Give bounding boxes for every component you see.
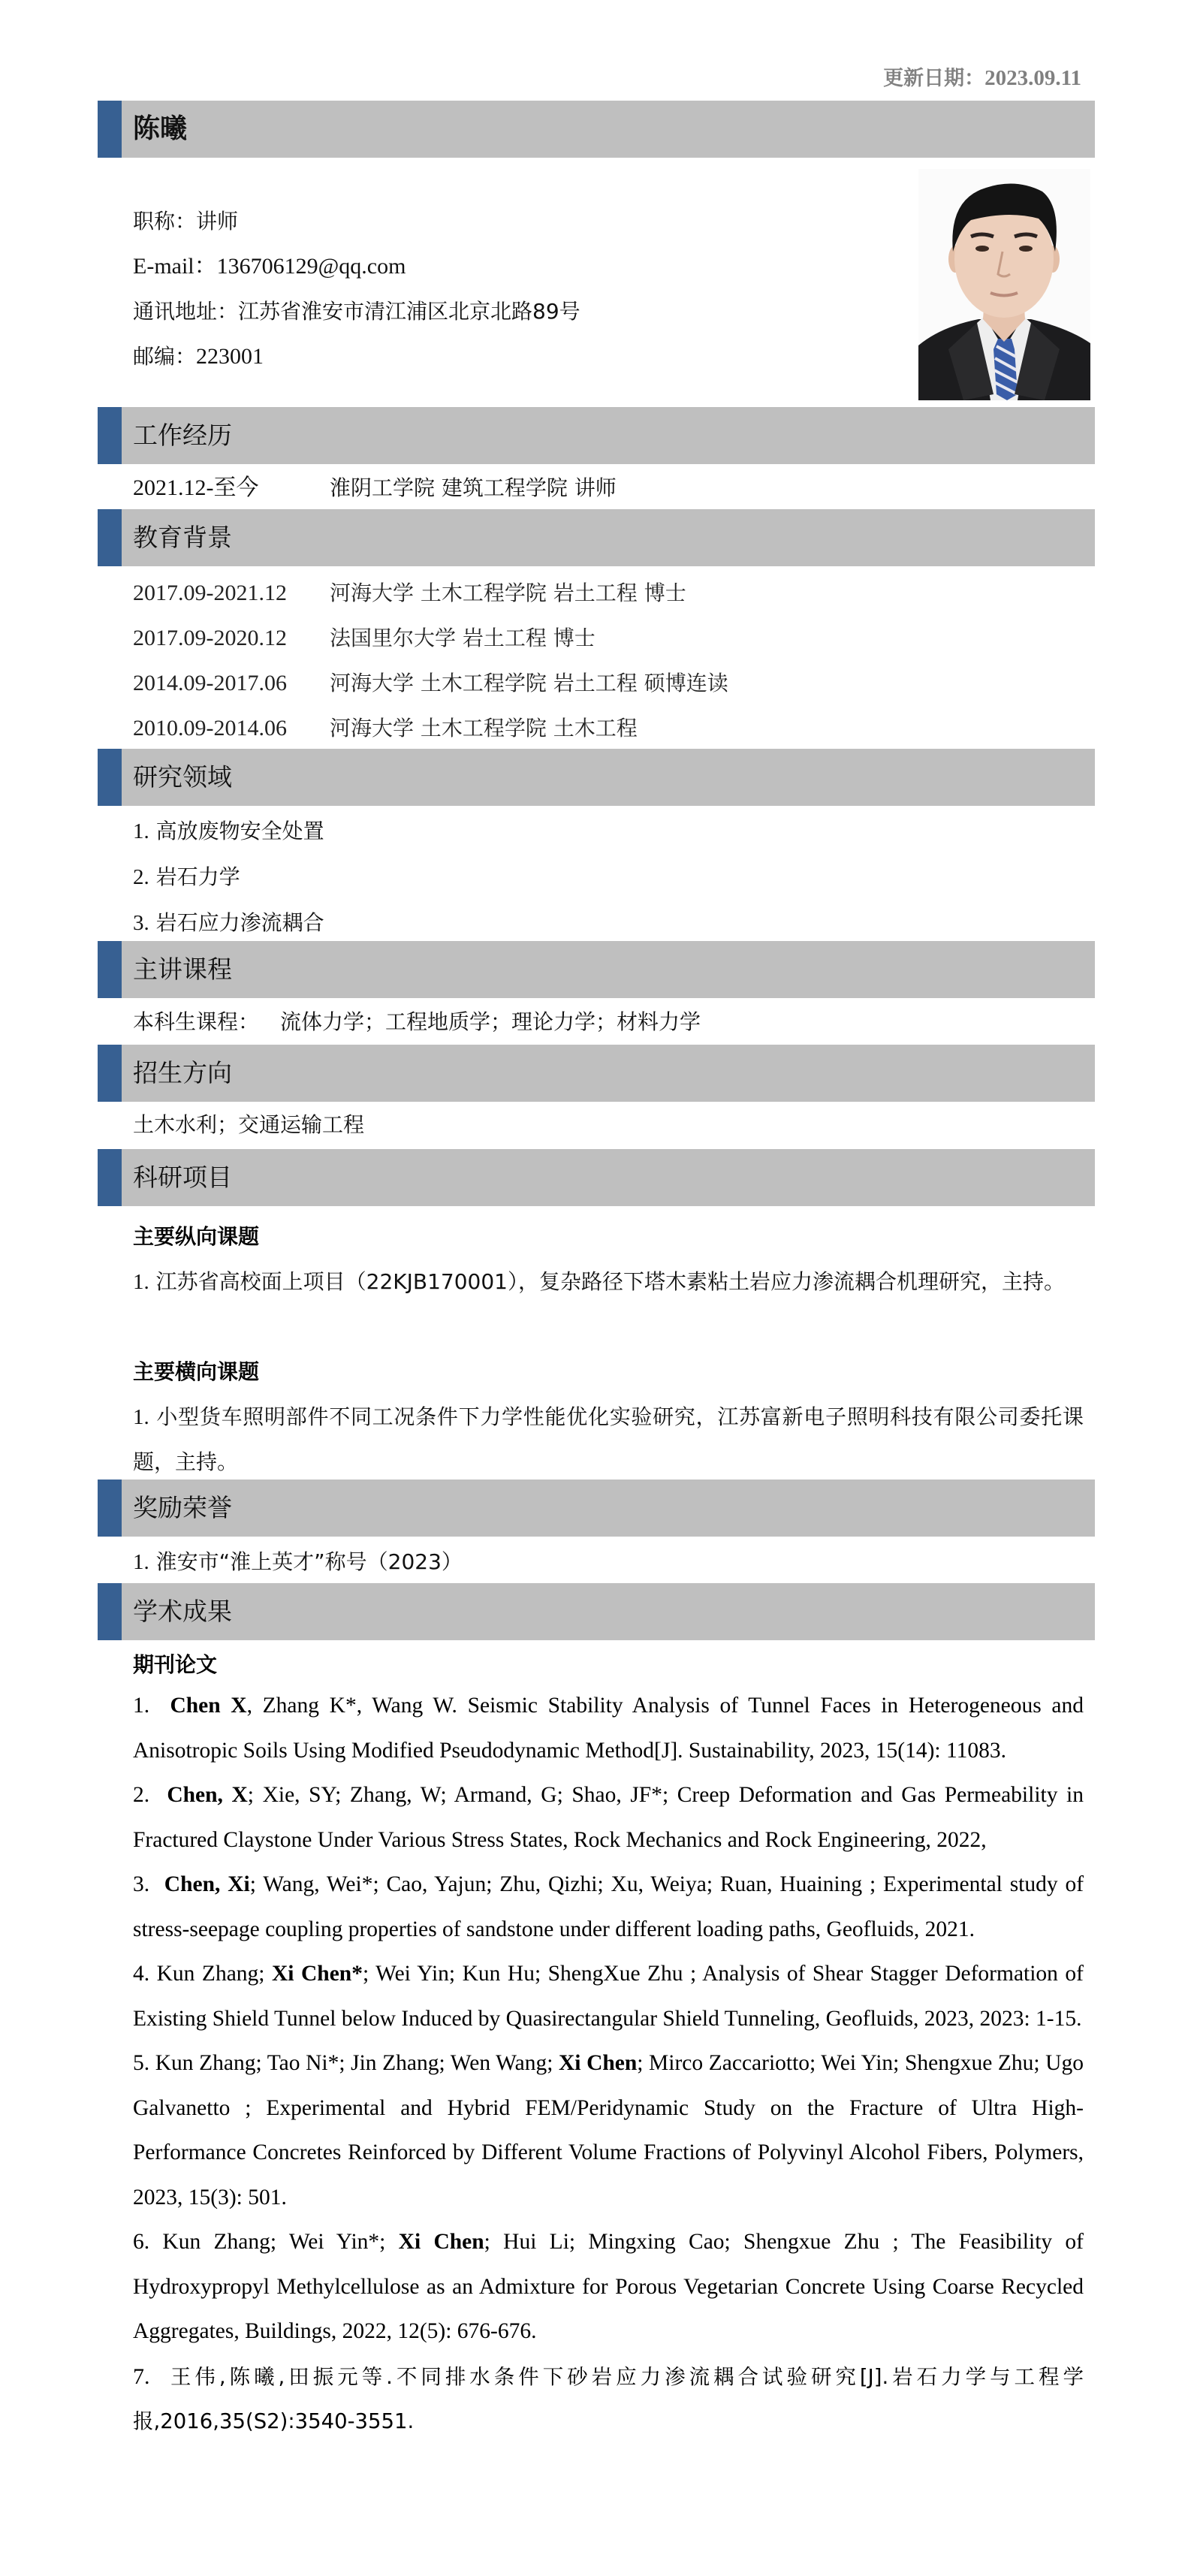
vertical-projects-heading: 主要纵向课题 xyxy=(133,1214,259,1259)
research-item: 3. 岩石应力渗流耦合 xyxy=(133,900,324,946)
section-header-projects: 科研项目 xyxy=(98,1149,1095,1206)
section-header-admissions: 招生方向 xyxy=(98,1045,1095,1102)
name-header-bar: 陈曦 xyxy=(98,101,1095,158)
section-header-education: 教育背景 xyxy=(98,509,1095,566)
section-title-courses: 主讲课程 xyxy=(133,941,232,998)
section-title-research: 研究领域 xyxy=(133,749,232,806)
publication-author-highlight: Xi Chen xyxy=(559,2051,637,2075)
award-text: 淮安市“淮上英才”称号（2023） xyxy=(156,1549,463,1574)
horizontal-project-text: 小型货车照明部件不同工况条件下力学性能优化实验研究，江苏富新电子照明科技有限公司… xyxy=(133,1404,1084,1474)
publication-number: 1. xyxy=(133,1694,149,1718)
section-title-awards: 奖励荣誉 xyxy=(133,1480,232,1537)
work-item: 2021.12-至今淮阴工学院 建筑工程学院 讲师 xyxy=(133,466,617,511)
horizontal-projects-heading: 主要横向课题 xyxy=(133,1350,259,1395)
publication-item: 2. Chen, X; Xie, SY; Zhang, W; Armand, G… xyxy=(133,1773,1084,1863)
work-date: 2021.12-至今 xyxy=(133,466,330,511)
courses-list: 流体力学；工程地质学；理论力学；材料力学 xyxy=(280,1009,701,1034)
section-title-education: 教育背景 xyxy=(133,509,232,566)
horizontal-project-item: 1. 小型货车照明部件不同工况条件下力学性能优化实验研究，江苏富新电子照明科技有… xyxy=(133,1395,1084,1485)
publication-rest: ; Wang, Wei*; Cao, Yajun; Zhu, Qizhi; Xu… xyxy=(133,1872,1084,1941)
section-header-work: 工作经历 xyxy=(98,407,1095,464)
postcode-label: 邮编： xyxy=(133,344,196,369)
vertical-project-item: 1. 江苏省高校面上项目（22KJB170001），复杂路径下塔木素粘土岩应力渗… xyxy=(133,1259,1084,1305)
admissions-line: 土木水利；交通运输工程 xyxy=(133,1102,364,1148)
address-value: 江苏省淮安市清江浦区北京北路89号 xyxy=(238,299,580,324)
person-name: 陈曦 xyxy=(133,101,187,158)
publication-list: 1. Chen X, Zhang K*, Wang W. Seismic Sta… xyxy=(133,1684,1084,2445)
education-text: 河海大学 土木工程学院 岩土工程 硕博连读 xyxy=(330,671,728,695)
publication-item: 7. 王伟,陈曦,田振元等.不同排水条件下砂岩应力渗流耦合试验研究[J].岩石力… xyxy=(133,2354,1084,2445)
portrait-image xyxy=(918,169,1090,400)
research-item-number: 3. xyxy=(133,911,149,935)
publication-rest: , Zhang K*, Wang W. Seismic Stability An… xyxy=(133,1694,1084,1763)
award-item: 1. 淮安市“淮上英才”称号（2023） xyxy=(133,1540,463,1585)
address-label: 通讯地址： xyxy=(133,299,238,324)
research-item: 1. 高放废物安全处置 xyxy=(133,809,324,854)
research-item-text: 岩石应力渗流耦合 xyxy=(156,910,324,935)
section-title-work: 工作经历 xyxy=(133,407,232,464)
address-line: 通讯地址：江苏省淮安市清江浦区北京北路89号 xyxy=(133,289,580,334)
education-text: 河海大学 土木工程学院 岩土工程 博士 xyxy=(330,581,686,605)
publication-author-highlight: Chen, Xi xyxy=(164,1872,250,1896)
section-header-achievements: 学术成果 xyxy=(98,1583,1095,1640)
publication-number: 7. xyxy=(133,2364,150,2389)
portrait-photo xyxy=(918,169,1090,400)
education-item: 2014.09-2017.06河海大学 土木工程学院 岩土工程 硕博连读 xyxy=(133,661,728,706)
publication-author-highlight: Chen X xyxy=(170,1694,246,1718)
education-date: 2014.09-2017.06 xyxy=(133,661,330,706)
section-title-admissions: 招生方向 xyxy=(133,1045,232,1102)
publication-author-highlight: Xi Chen xyxy=(399,2230,484,2254)
section-header-courses: 主讲课程 xyxy=(98,941,1095,998)
publication-rest: ; Xie, SY; Zhang, W; Armand, G; Shao, JF… xyxy=(133,1783,1084,1852)
vertical-project-number: 1. xyxy=(133,1270,149,1294)
publication-number: 6. xyxy=(133,2230,149,2254)
work-text: 淮阴工学院 建筑工程学院 讲师 xyxy=(330,475,617,500)
publication-authors-pre: Kun Zhang; Wei Yin*; xyxy=(162,2230,398,2254)
section-title-projects: 科研项目 xyxy=(133,1149,232,1206)
education-date: 2017.09-2021.12 xyxy=(133,571,330,616)
email-line: E-mail：136706129@qq.com xyxy=(133,244,406,289)
education-item: 2010.09-2014.06河海大学 土木工程学院 土木工程 xyxy=(133,706,638,751)
publication-authors-pre: Kun Zhang; Tao Ni*; Jin Zhang; Wen Wang; xyxy=(155,2051,559,2075)
publication-author-highlight: Chen, X xyxy=(167,1783,247,1807)
publication-number: 4. xyxy=(133,1962,149,1986)
publication-number: 3. xyxy=(133,1872,149,1896)
update-date: 更新日期：2023.09.11 xyxy=(883,62,1081,91)
publication-number: 5. xyxy=(133,2051,149,2075)
education-date: 2010.09-2014.06 xyxy=(133,706,330,751)
education-text: 河海大学 土木工程学院 土木工程 xyxy=(330,716,638,741)
publication-item: 4. Kun Zhang; Xi Chen*; Wei Yin; Kun Hu;… xyxy=(133,1952,1084,2041)
education-text: 法国里尔大学 岩土工程 博士 xyxy=(330,626,595,650)
research-item-text: 高放废物安全处置 xyxy=(156,819,324,843)
update-date-label: 更新日期： xyxy=(883,67,984,90)
publication-item: 6. Kun Zhang; Wei Yin*; Xi Chen; Hui Li;… xyxy=(133,2220,1084,2354)
section-title-achievements: 学术成果 xyxy=(133,1583,232,1640)
section-header-awards: 奖励荣誉 xyxy=(98,1480,1095,1537)
research-item: 2. 岩石力学 xyxy=(133,855,240,900)
research-item-number: 1. xyxy=(133,819,149,843)
publication-authors-pre: Kun Zhang; xyxy=(157,1962,272,1986)
postcode-line: 邮编：223001 xyxy=(133,334,264,379)
education-item: 2017.09-2020.12法国里尔大学 岩土工程 博士 xyxy=(133,616,595,661)
job-title: 职称：讲师 xyxy=(133,199,238,244)
publication-item: 1. Chen X, Zhang K*, Wang W. Seismic Sta… xyxy=(133,1684,1084,1773)
research-item-number: 2. xyxy=(133,865,149,889)
courses-line: 本科生课程：流体力学；工程地质学；理论力学；材料力学 xyxy=(133,1000,701,1045)
publication-item: 3. Chen, Xi; Wang, Wei*; Cao, Yajun; Zhu… xyxy=(133,1863,1084,1952)
courses-label: 本科生课程： xyxy=(133,1009,259,1034)
publication-rest: 王伟,陈曦,田振元等.不同排水条件下砂岩应力渗流耦合试验研究[J].岩石力学与工… xyxy=(133,2365,1084,2434)
journal-papers-heading: 期刊论文 xyxy=(133,1646,217,1684)
publication-number: 2. xyxy=(133,1783,149,1807)
email-label: E-mail： xyxy=(133,254,217,279)
award-number: 1. xyxy=(133,1550,149,1574)
email-value[interactable]: 136706129@qq.com xyxy=(217,254,406,279)
section-header-research: 研究领域 xyxy=(98,749,1095,806)
education-item: 2017.09-2021.12河海大学 土木工程学院 岩土工程 博士 xyxy=(133,571,686,616)
research-item-text: 岩石力学 xyxy=(156,864,240,889)
vertical-project-text: 江苏省高校面上项目（22KJB170001），复杂路径下塔木素粘土岩应力渗流耦合… xyxy=(156,1269,1065,1294)
education-date: 2017.09-2020.12 xyxy=(133,616,330,661)
horizontal-project-number: 1. xyxy=(133,1405,149,1429)
publication-item: 5. Kun Zhang; Tao Ni*; Jin Zhang; Wen Wa… xyxy=(133,2041,1084,2220)
update-date-value: 2023.09.11 xyxy=(984,66,1081,90)
publication-author-highlight: Xi Chen* xyxy=(272,1962,363,1986)
postcode-value: 223001 xyxy=(196,344,264,369)
